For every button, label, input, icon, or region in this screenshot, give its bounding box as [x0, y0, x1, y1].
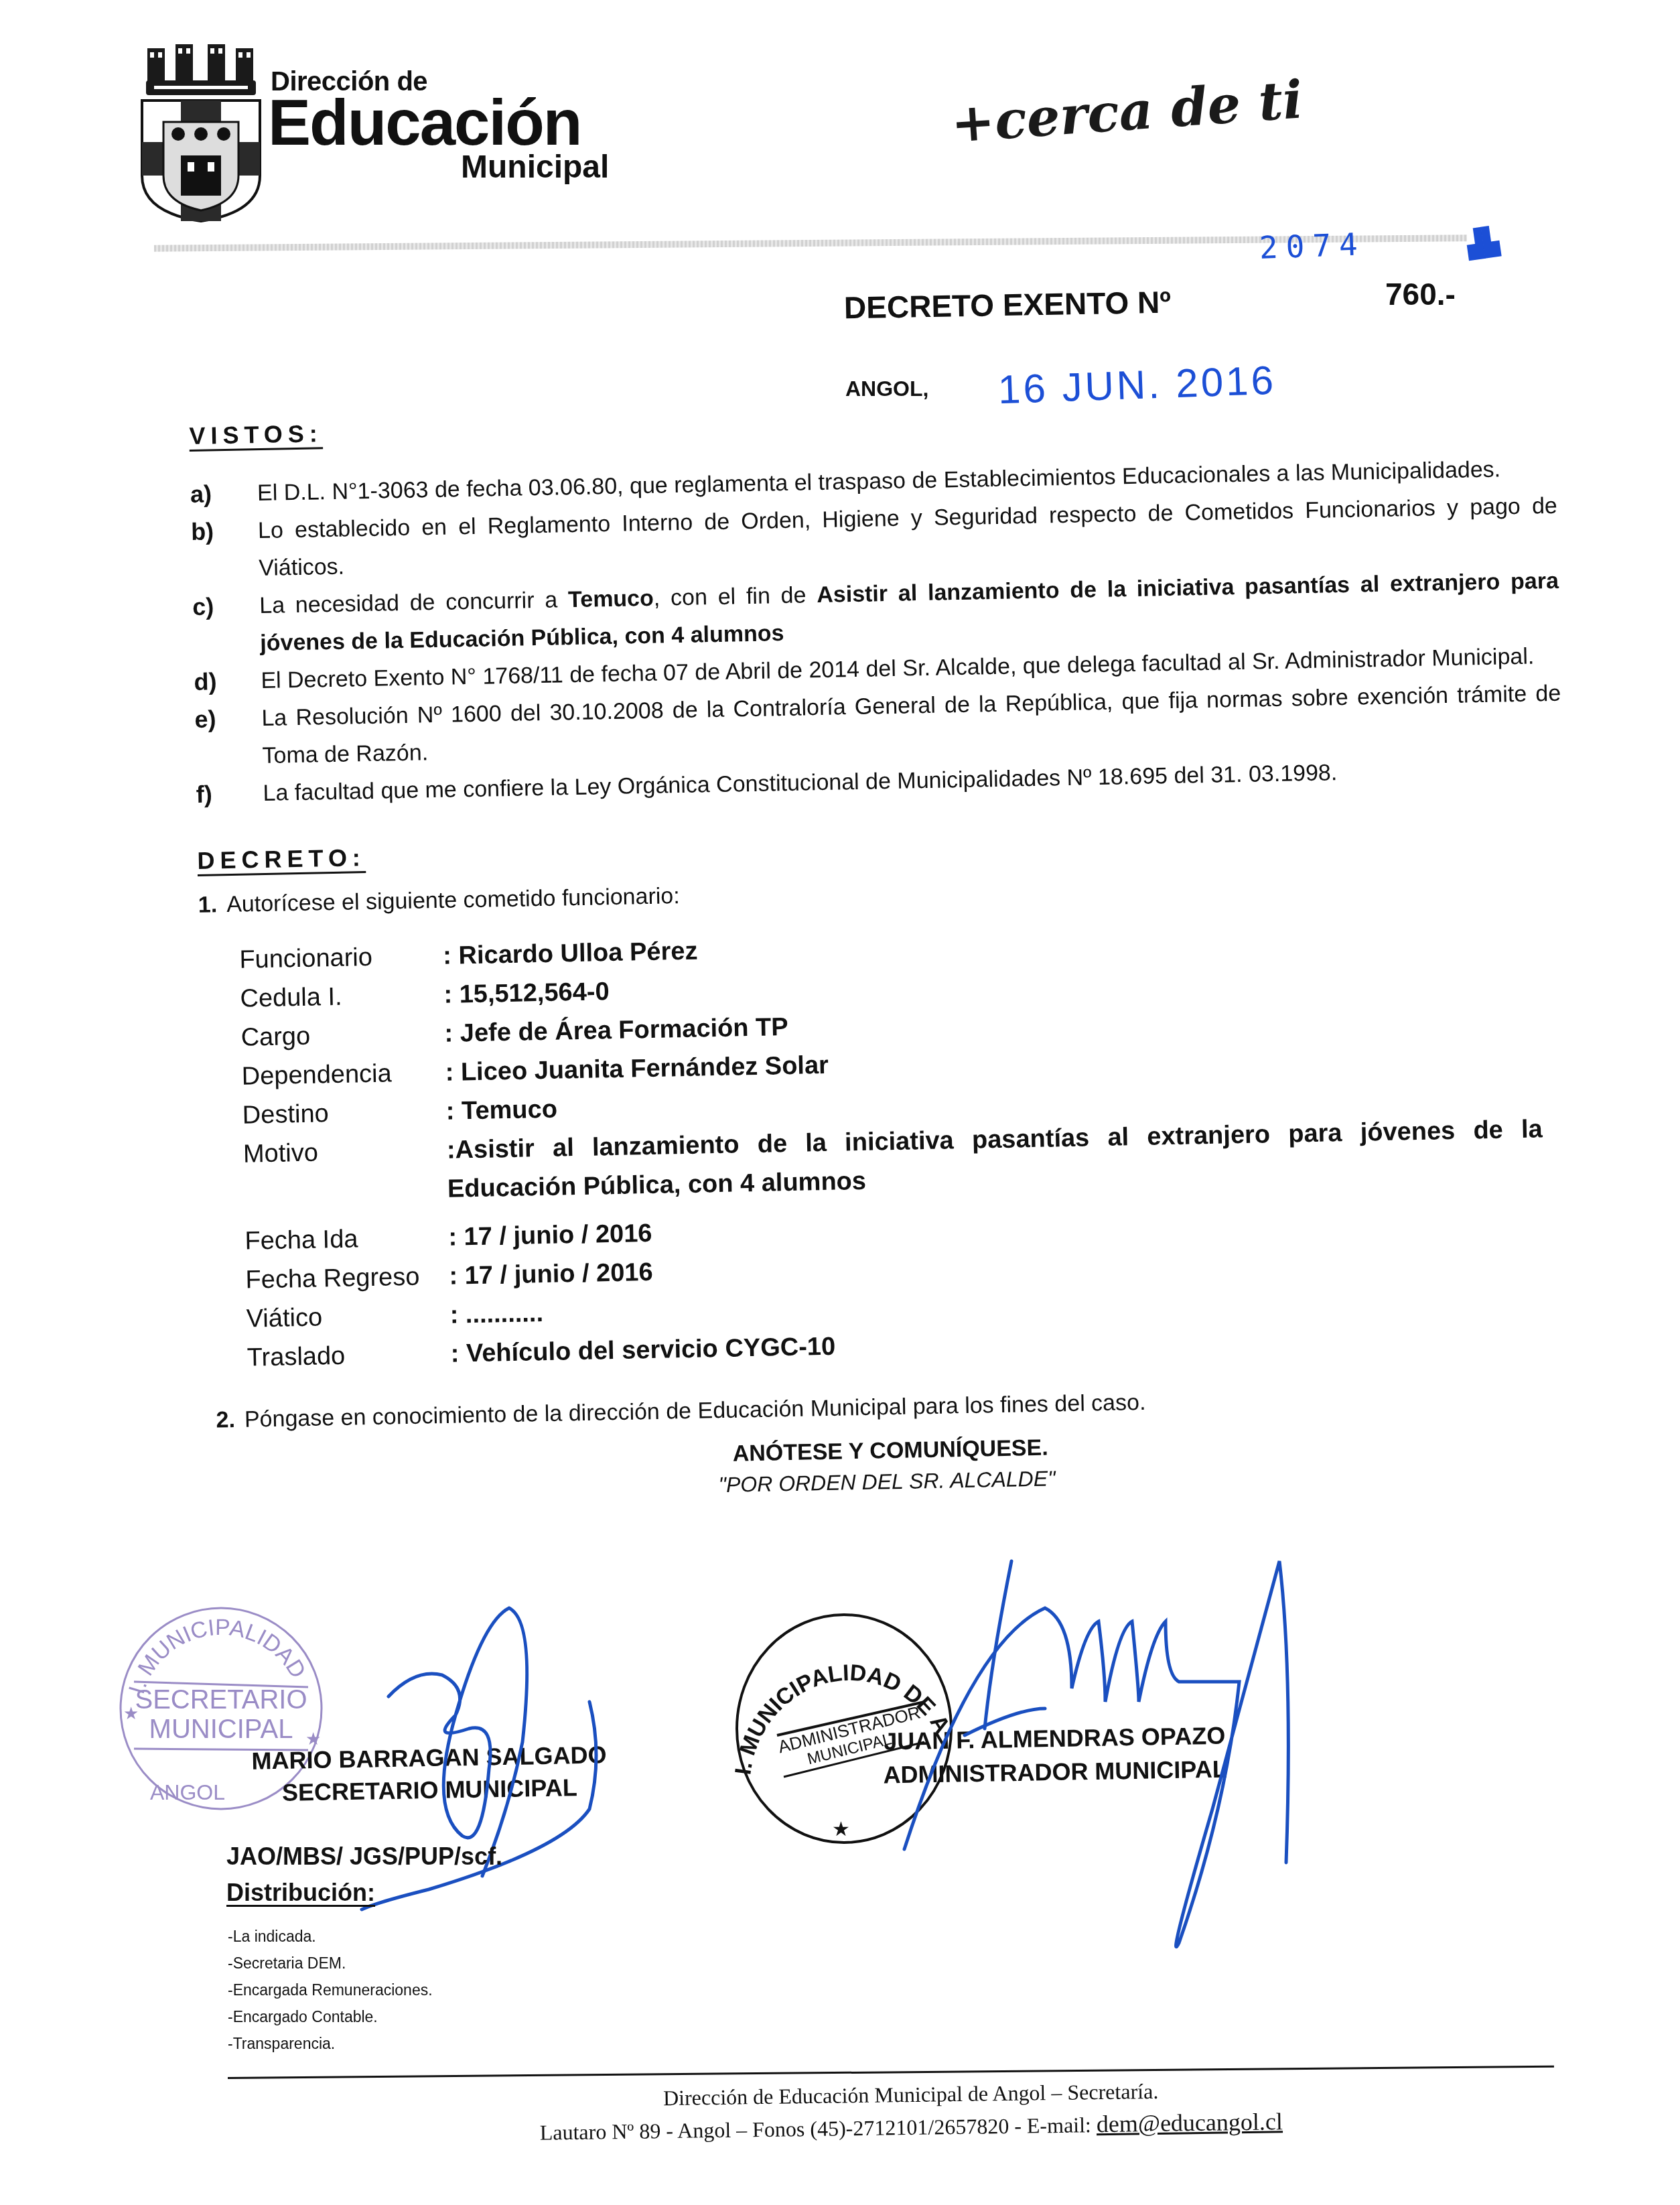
decree-number: 760.- [1385, 276, 1456, 312]
vistos-list: a) El D.L. N°1-3063 de fecha 03.06.80, q… [190, 450, 1563, 813]
decreto-section: DECRETO: 1.Autorícese el siguiente comet… [197, 821, 1576, 1508]
field-label: Fecha Ida [244, 1218, 449, 1261]
assignment-fields: Funcionario: Ricardo Ulloa Pérez Cedula … [239, 915, 1573, 1378]
initials-reference: JAO/MBS/ JGS/PUP/scf. [226, 1843, 502, 1871]
point-number: 2. [216, 1407, 235, 1433]
brand-line-3: Municipal [461, 149, 609, 186]
brand-line-2: Educación [268, 91, 581, 155]
field-label: Fecha Regreso [245, 1257, 449, 1300]
field-label: Cedula I. [240, 976, 444, 1018]
signatory-administrator: JUAN F. ALMENDRAS OPAZO ADMINISTRADOR MU… [882, 1719, 1227, 1792]
item-letter: f) [196, 775, 263, 813]
footer-email-link[interactable]: dem@educangol.cl [1097, 2108, 1283, 2137]
footer-address: Lautaro Nº 89 - Angol – Fonos (45)-27121… [540, 2113, 1092, 2144]
svg-text:★: ★ [832, 1818, 850, 1841]
point-2: 2.Póngase en conocimiento de la direcció… [216, 1382, 1574, 1434]
svg-text:MUNICIPAL: MUNICIPAL [149, 1715, 293, 1744]
item-letter: b) [191, 512, 259, 588]
vistos-heading: VISTOS: [189, 396, 1555, 450]
decree-place: ANGOL, [845, 377, 928, 401]
item-letter: c) [192, 587, 261, 663]
decreto-heading: DECRETO: [197, 821, 1563, 875]
item-letter: a) [190, 474, 258, 513]
distribution-item: -Transparencia. [228, 2030, 433, 2057]
point-number: 1. [198, 892, 217, 918]
field-label: Traslado [247, 1335, 451, 1378]
distribution-item: -Secretaria DEM. [228, 1950, 433, 1977]
field-label: Cargo [240, 1014, 445, 1057]
stamp-mark-icon: ▟▙ [1465, 226, 1501, 261]
svg-text:★: ★ [123, 1703, 139, 1723]
field-label: Viático [246, 1296, 450, 1339]
item-letter: d) [194, 662, 261, 701]
signatory-role: SECRETARIO MUNICIPAL [252, 1771, 608, 1809]
distribution-heading: Distribución: [226, 1879, 375, 1907]
decree-body: VISTOS: a) El D.L. N°1-3063 de fecha 03.… [189, 396, 1576, 1508]
distribution-list: -La indicada. -Secretaria DEM. -Encargad… [228, 1923, 433, 2057]
field-label: Funcionario [239, 937, 443, 980]
footer: Dirección de Educación Municipal de Ango… [374, 2075, 1447, 2148]
item-letter: e) [194, 699, 263, 776]
field-label: Dependencia [241, 1053, 445, 1096]
distribution-item: -Encargada Remuneraciones. [228, 1977, 433, 2003]
svg-text:ANGOL: ANGOL [150, 1780, 225, 1804]
distribution-item: -La indicada. [228, 1923, 433, 1950]
destination-bold: Temuco [568, 586, 654, 612]
signatory-secretary: MARIO BARRAGAN SALGADO SECRETARIO MUNICI… [251, 1739, 608, 1809]
coat-of-arms-icon [134, 42, 268, 222]
field-label: Motivo [242, 1131, 447, 1213]
point-text: Póngase en conocimiento de la dirección … [244, 1390, 1146, 1432]
field-label: Destino [242, 1092, 446, 1135]
distribution-item: -Encargado Contable. [228, 2003, 433, 2030]
point-1: 1.Autorícese el siguiente cometido funci… [198, 866, 1564, 919]
point-text: Autorícese el siguiente cometido funcion… [226, 883, 680, 917]
svg-text:SECRETARIO: SECRETARIO [135, 1685, 307, 1715]
registry-stamp-number: 2074 [1259, 226, 1367, 266]
text-prefix: La necesidad de concurrir a [259, 587, 568, 618]
signatory-role: ADMINISTRADOR MUNICIPAL [883, 1753, 1227, 1792]
signatory-name: JUAN F. ALMENDRAS OPAZO [882, 1719, 1227, 1759]
text-mid: , con el fin de [653, 582, 817, 611]
decree-title: DECRETO EXENTO Nº [844, 284, 1172, 326]
slogan: +cerca de ti [949, 69, 1305, 154]
